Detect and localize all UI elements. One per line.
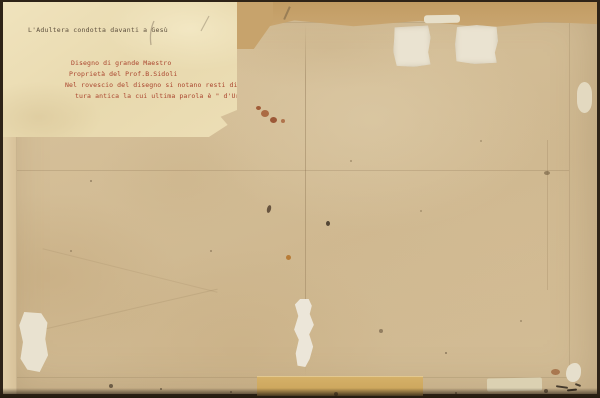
verso-photograph: L'Adultera condotta davanti a Gesù Diseg… bbox=[0, 0, 600, 398]
orange-stain bbox=[286, 255, 291, 260]
tape-remnant-top-center bbox=[392, 25, 431, 67]
redbrown-stain bbox=[270, 117, 277, 123]
mount-edge-left bbox=[3, 130, 17, 394]
pencil-marks-on-label bbox=[3, 2, 237, 137]
faint-stain bbox=[544, 171, 550, 175]
dark-speck bbox=[326, 221, 330, 226]
redbrown-stain bbox=[261, 110, 269, 117]
redbrown-stain-bottom bbox=[551, 369, 560, 375]
tape-remnant-top-right bbox=[455, 25, 499, 65]
vertical-crease-right bbox=[547, 140, 548, 290]
collector-label: L'Adultera condotta davanti a Gesù Diseg… bbox=[3, 2, 237, 137]
horizontal-crease bbox=[17, 170, 569, 171]
bottom-shadow-edge bbox=[0, 388, 600, 398]
redbrown-stain bbox=[281, 119, 285, 123]
tape-remnant-right-edge bbox=[577, 82, 592, 113]
tape-sliver-top bbox=[424, 15, 460, 24]
foxing-speckles bbox=[0, 0, 2, 2]
redbrown-stain bbox=[256, 106, 261, 110]
